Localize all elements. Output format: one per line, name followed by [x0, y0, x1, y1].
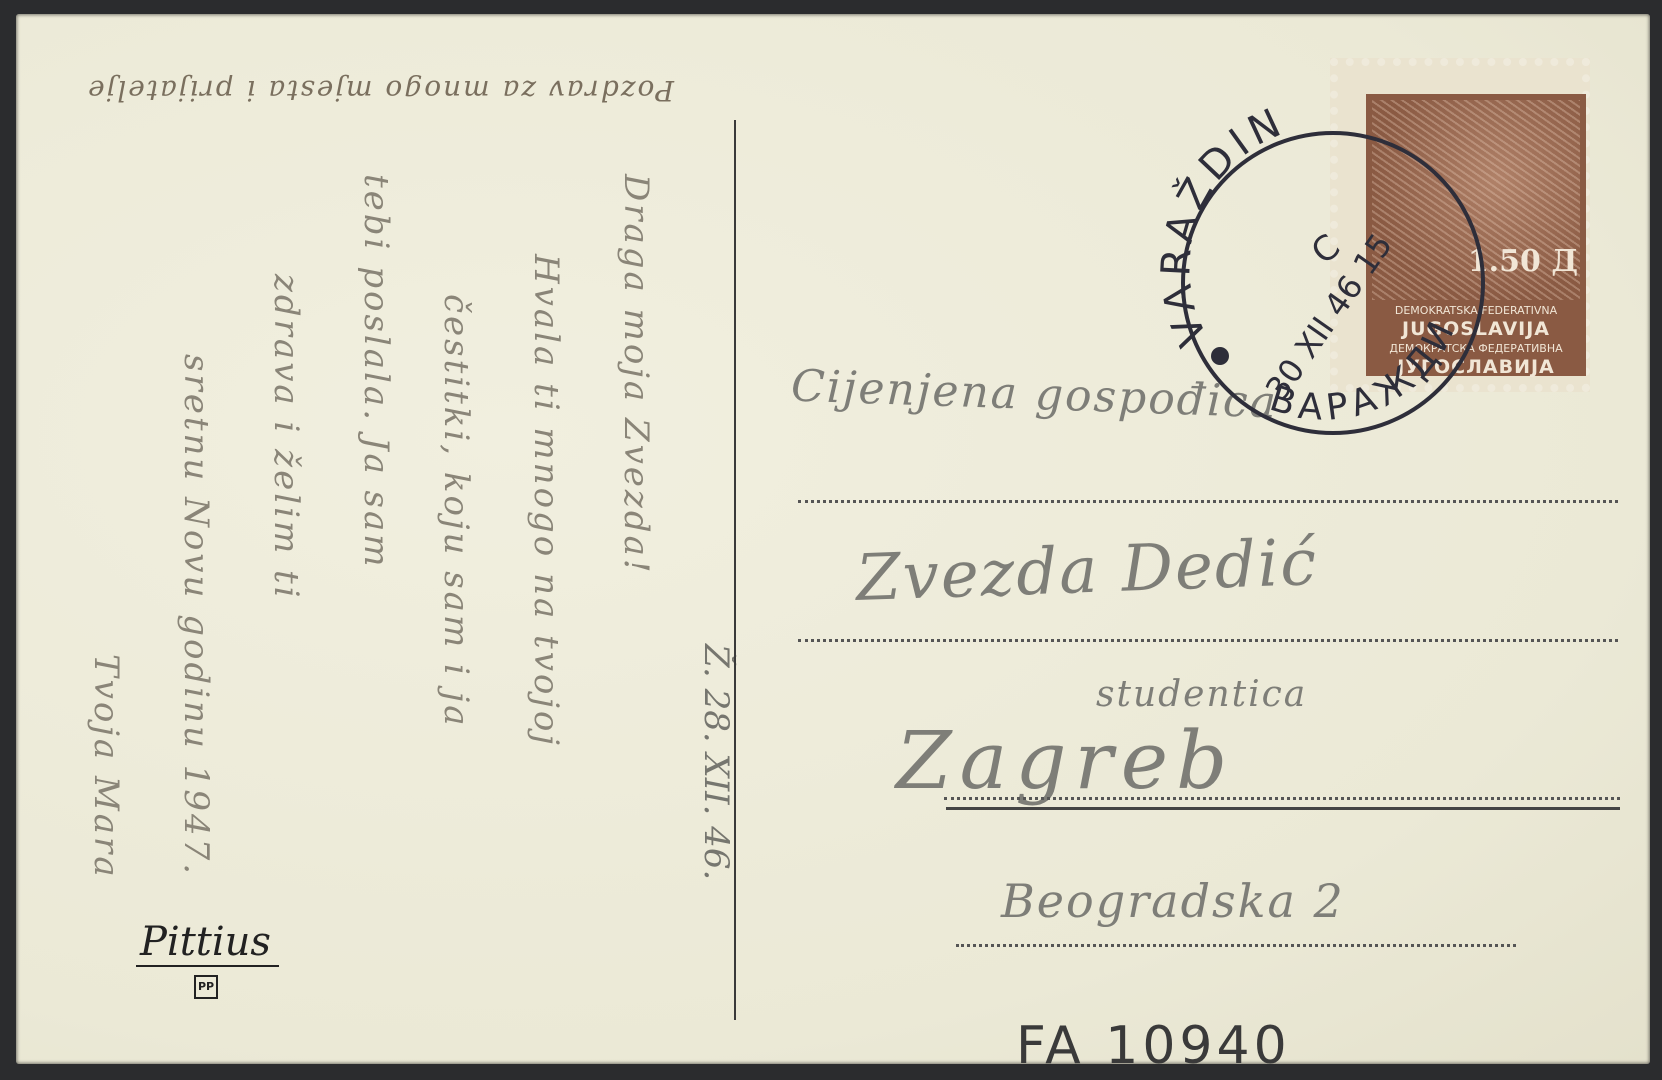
- postmark-cancellation: VARAŽDIN ВАРАЖДИН C 30 XII 46 15: [1158, 88, 1488, 448]
- message-line: tebi poslala. Ja sam: [356, 174, 396, 569]
- address-street: Beogradska 2: [1001, 874, 1345, 928]
- publisher-mark-icon: PP: [194, 975, 218, 999]
- message-line: čestitki, koju sam i ja: [436, 294, 476, 728]
- address-line: [956, 944, 1516, 947]
- address-line: [798, 639, 1618, 642]
- postmark-town-latin: VARAŽDIN: [1158, 98, 1293, 353]
- message-line: sretnu Novu godinu 1947.: [176, 354, 216, 877]
- address-name: Zvezda Dedić: [855, 526, 1319, 616]
- message-line: Tvoja Mara: [86, 654, 126, 880]
- address-line: [944, 797, 1620, 800]
- message-margin-line: Pozdrav za mnogo mjesta i prijatelje: [86, 74, 674, 107]
- city-underline: [946, 807, 1620, 810]
- center-divider: [734, 120, 736, 1020]
- address-line: [798, 500, 1618, 503]
- handwritten-message: Pozdrav za mnogo mjesta i prijatelje Dra…: [56, 54, 716, 1014]
- archive-id: FA 10940: [1016, 1016, 1291, 1064]
- address-city: Zagreb: [896, 714, 1235, 807]
- message-line: Draga moja Zvezda!: [616, 174, 656, 576]
- address-occupation: studentica: [1096, 674, 1307, 715]
- message-line: zdrava i želim ti: [266, 274, 306, 601]
- message-line: Hvala ti mnogo na tvojoj: [526, 254, 566, 748]
- postmark-dot-icon: [1211, 347, 1229, 365]
- message-date: Ž. 28. XII. 46.: [696, 644, 736, 880]
- publisher-name: Pittius: [136, 919, 279, 967]
- postmark-town-cyrillic: ВАРАЖДИН: [1158, 88, 1465, 429]
- publisher-logo: Pittius PP: [136, 919, 279, 967]
